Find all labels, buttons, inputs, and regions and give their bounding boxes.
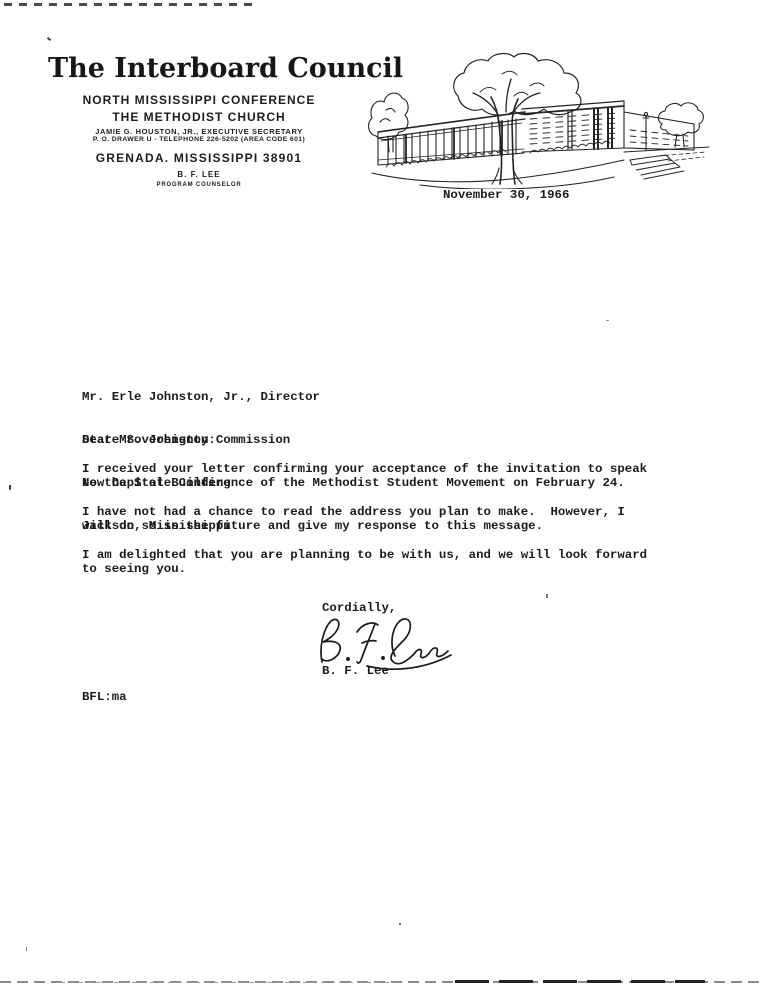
building-illustration: [362, 52, 712, 189]
building-illustration-icon: [362, 52, 712, 189]
typed-signature-name: B. F. Lee: [322, 664, 389, 678]
letterhead-city-line: GRENADA. MISSISSIPPI 38901: [40, 151, 358, 165]
scan-speck: [47, 37, 51, 41]
letterhead-conference: NORTH MISSISSIPPI CONFERENCE: [40, 93, 358, 107]
letterhead-address-line: P. O. DRAWER U - TELEPHONE 226-5202 (ARE…: [40, 136, 358, 143]
letterhead-counselor-name: B. F. LEE: [40, 170, 358, 179]
scan-torn-edge-top: [4, 3, 254, 6]
typist-initials: BFL:ma: [82, 690, 127, 704]
body-paragraph-3: I am delighted that you are planning to …: [82, 548, 647, 577]
salutation: Dear Mr. Johnston:: [82, 433, 216, 447]
body-paragraph-1: I received your letter confirming your a…: [82, 462, 647, 491]
scan-speck: [606, 320, 609, 321]
recipient-line: Mr. Erle Johnston, Jr., Director: [82, 390, 320, 404]
signature-icon: [315, 612, 455, 670]
scan-speck: [399, 923, 401, 925]
scan-speck: [9, 485, 11, 490]
scan-speck: [546, 594, 548, 598]
scan-speck: [26, 947, 27, 951]
letterhead-counselor-title: PROGRAM COUNSELOR: [40, 182, 358, 188]
letterhead-church: THE METHODIST CHURCH: [40, 110, 358, 124]
date-line: November 30, 1966: [443, 188, 569, 202]
org-title: The Interboard Council: [48, 53, 378, 84]
scan-torn-edge-bottom-faint: [60, 982, 400, 983]
letterhead-executive-line: JAMIE G. HOUSTON, JR., EXECUTIVE SECRETA…: [40, 127, 358, 136]
scanned-letter-page: The Interboard Council NORTH MISSISSIPPI…: [0, 0, 763, 986]
handwritten-signature: [315, 612, 455, 670]
body-paragraph-2: I have not had a chance to read the addr…: [82, 505, 625, 534]
scan-torn-edge-bottom-dark: [455, 980, 705, 983]
